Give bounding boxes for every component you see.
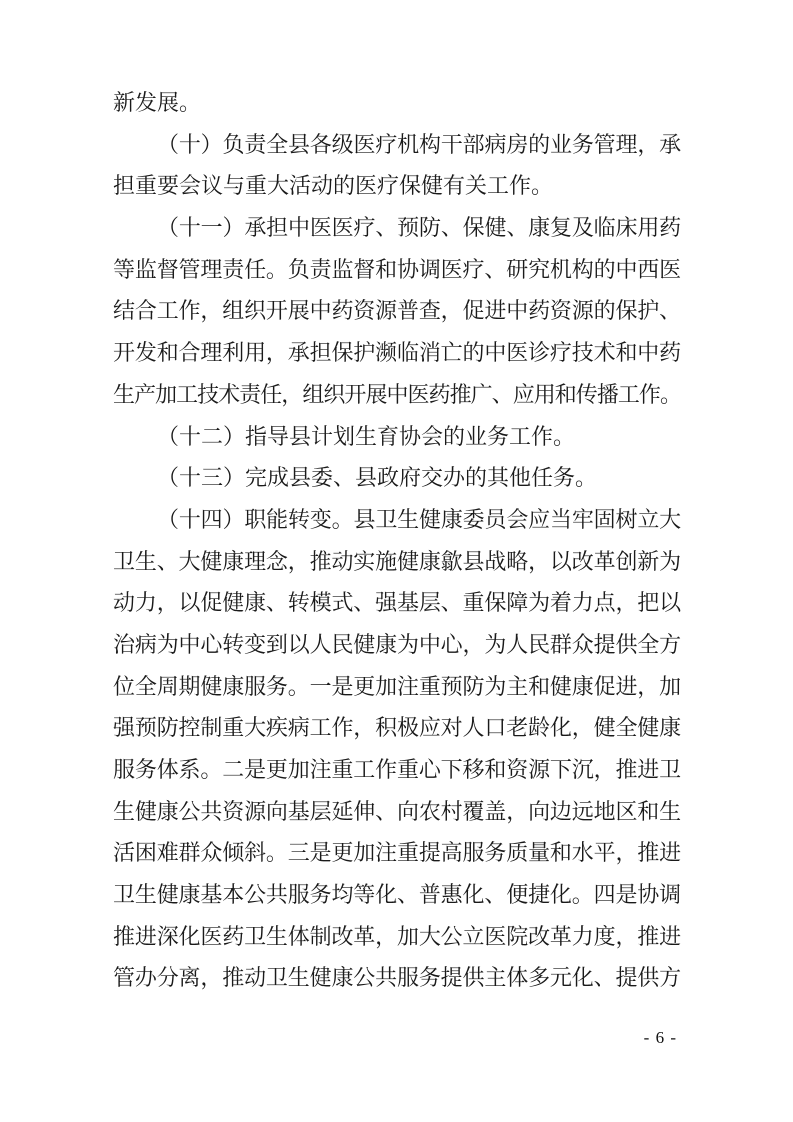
document-page: 新发展。（十）负责全县各级医疗机构干部病房的业务管理，承担重要会议与重大活动的医… [0, 0, 793, 1122]
text-line: 动力，以促健康、转模式、强基层、重保障为着力点，把以 [113, 582, 681, 624]
text-line: 卫生健康基本公共服务均等化、普惠化、便捷化。四是协调 [113, 874, 681, 916]
text-line: 位全周期健康服务。一是更加注重预防为主和健康促进，加 [113, 666, 681, 708]
text-line: 结合工作，组织开展中药资源普查，促进中药资源的保护、 [113, 290, 681, 332]
text-line: 活困难群众倾斜。三是更加注重提高服务质量和水平，推进 [113, 832, 681, 874]
paragraph: 新发展。 [113, 82, 681, 124]
text-line: （十）负责全县各级医疗机构干部病房的业务管理，承 [113, 124, 681, 166]
text-line: 担重要会议与重大活动的医疗保健有关工作。 [113, 165, 681, 207]
text-line: 治病为中心转变到以人民健康为中心，为人民群众提供全方 [113, 624, 681, 666]
text-line: 强预防控制重大疾病工作，积极应对人口老龄化，健全健康 [113, 707, 681, 749]
paragraph: （十）负责全县各级医疗机构干部病房的业务管理，承担重要会议与重大活动的医疗保健有… [113, 124, 681, 207]
text-line: 开发和合理利用，承担保护濒临消亡的中医诊疗技术和中药 [113, 332, 681, 374]
text-line: 生健康公共资源向基层延伸、向农村覆盖，向边远地区和生 [113, 791, 681, 833]
text-line: 等监督管理责任。负责监督和协调医疗、研究机构的中西医 [113, 249, 681, 291]
text-line: 生产加工技术责任，组织开展中医药推广、应用和传播工作。 [113, 374, 681, 416]
page-number: - 6 - [644, 1026, 677, 1050]
paragraph: （十四）职能转变。县卫生健康委员会应当牢固树立大卫生、大健康理念，推动实施健康歙… [113, 499, 681, 999]
text-line: （十一）承担中医医疗、预防、保健、康复及临床用药 [113, 207, 681, 249]
paragraph: （十一）承担中医医疗、预防、保健、康复及临床用药等监督管理责任。负责监督和协调医… [113, 207, 681, 415]
paragraph: （十三）完成县委、县政府交办的其他任务。 [113, 457, 681, 499]
text-line: （十三）完成县委、县政府交办的其他任务。 [113, 457, 681, 499]
text-line: 服务体系。二是更加注重工作重心下移和资源下沉，推进卫 [113, 749, 681, 791]
text-line: 新发展。 [113, 82, 681, 124]
paragraph: （十二）指导县计划生育协会的业务工作。 [113, 416, 681, 458]
text-line: 管办分离，推动卫生健康公共服务提供主体多元化、提供方 [113, 957, 681, 999]
text-line: （十四）职能转变。县卫生健康委员会应当牢固树立大 [113, 499, 681, 541]
document-body: 新发展。（十）负责全县各级医疗机构干部病房的业务管理，承担重要会议与重大活动的医… [113, 82, 681, 999]
text-line: 卫生、大健康理念，推动实施健康歙县战略，以改革创新为 [113, 541, 681, 583]
text-line: （十二）指导县计划生育协会的业务工作。 [113, 416, 681, 458]
text-line: 推进深化医药卫生体制改革，加大公立医院改革力度，推进 [113, 916, 681, 958]
